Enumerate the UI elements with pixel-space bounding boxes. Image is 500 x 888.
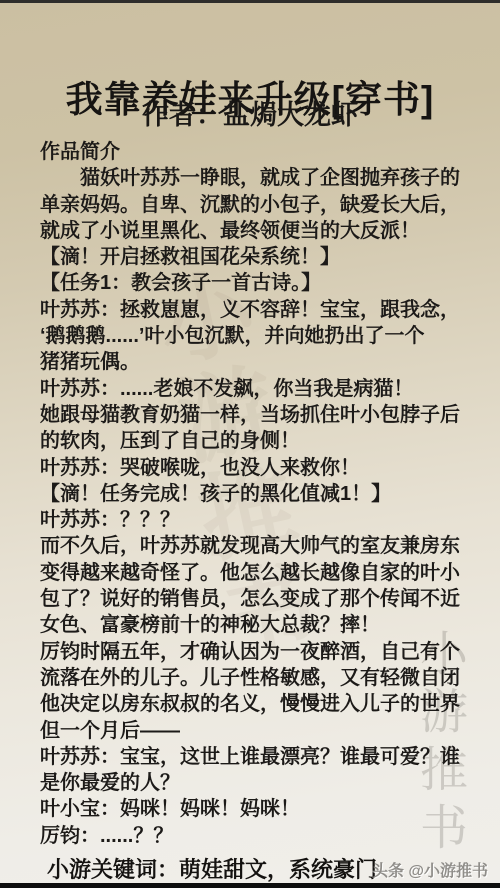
body-text-line: 是你最爱的人？ — [40, 770, 470, 796]
body-text-line: 女色、富豪榜前十的神秘大总裁？摔！ — [40, 612, 470, 638]
body-text-line: 的软肉，压到了自己的身侧！ — [40, 428, 470, 454]
body-text-line: 叶小宝：妈咪！妈咪！妈咪！ — [40, 796, 470, 822]
body-text-line: 猫妖叶苏苏一睁眼，就成了企图抛弃孩子的 — [40, 165, 470, 191]
body-text-line: 厉钧时隔五年，才确认因为一夜醉酒，自己有个 — [40, 639, 470, 665]
body-text-line: 包了？说好的销售员，怎么变成了那个传闻不近 — [40, 586, 470, 612]
body-text-line: 叶苏苏：拯救崽崽，义不容辞！宝宝，跟我念， — [40, 297, 470, 323]
body-text-line: 单亲妈妈。自卑、沉默的小包子，缺爱长大后， — [40, 192, 470, 218]
author-line: 作者：盐焗大龙虾 — [0, 93, 500, 132]
body-text-line: 变得越来越奇怪了。他怎么越长越像自家的叶小 — [40, 560, 470, 586]
body-text-line: 作品简介 — [40, 139, 470, 165]
body-text-line: 【任务1：教会孩子一首古诗。】 — [40, 270, 470, 296]
page-root: { "page": { "title": "我靠养娃来升级[穿书]", "aut… — [0, 0, 500, 888]
body-text-line: 他决定以房东叔叔的名义，慢慢进入儿子的世界 — [40, 691, 470, 717]
top-border-bar — [0, 0, 500, 3]
toutiao-credit: 头条 @小游推书 — [372, 858, 488, 881]
body-text-line: 她跟母猫教育奶猫一样，当场抓住叶小包脖子后 — [40, 402, 470, 428]
keywords-line: 小游关键词：萌娃甜文，系统豪门 — [47, 853, 377, 884]
body-text: 作品简介 猫妖叶苏苏一睁眼，就成了企图抛弃孩子的单亲妈妈。自卑、沉默的小包子，缺… — [40, 139, 470, 849]
body-text-line: 叶苏苏：宝宝，这世上谁最漂亮？谁最可爱？谁 — [40, 744, 470, 770]
body-text-line: 【滴！开启拯救祖国花朵系统！】 — [40, 244, 470, 270]
bottom-border-bar — [0, 883, 500, 888]
body-text-line: 厉钧：......？？ — [40, 823, 470, 849]
body-text-line: 猪猪玩偶。 — [40, 349, 470, 375]
body-text-line: ‘鹅鹅鹅......’叶小包沉默，并向她扔出了一个 — [40, 323, 470, 349]
body-text-line: 但一个月后—— — [40, 718, 470, 744]
body-text-line: 而不久后，叶苏苏就发现高大帅气的室友兼房东 — [40, 533, 470, 559]
body-text-line: 叶苏苏：......老娘不发飙，你当我是病猫！ — [40, 376, 470, 402]
body-text-line: 就成了小说里黑化、最终领便当的大反派！ — [40, 218, 470, 244]
body-text-line: 【滴！任务完成！孩子的黑化值减1！】 — [40, 481, 470, 507]
body-text-line: 流落在外的儿子。儿子性格敏感，又有轻微自闭 — [40, 665, 470, 691]
body-text-line: 叶苏苏：哭破喉咙，也没人来救你！ — [40, 455, 470, 481]
body-text-line: 叶苏苏：？？？ — [40, 507, 470, 533]
